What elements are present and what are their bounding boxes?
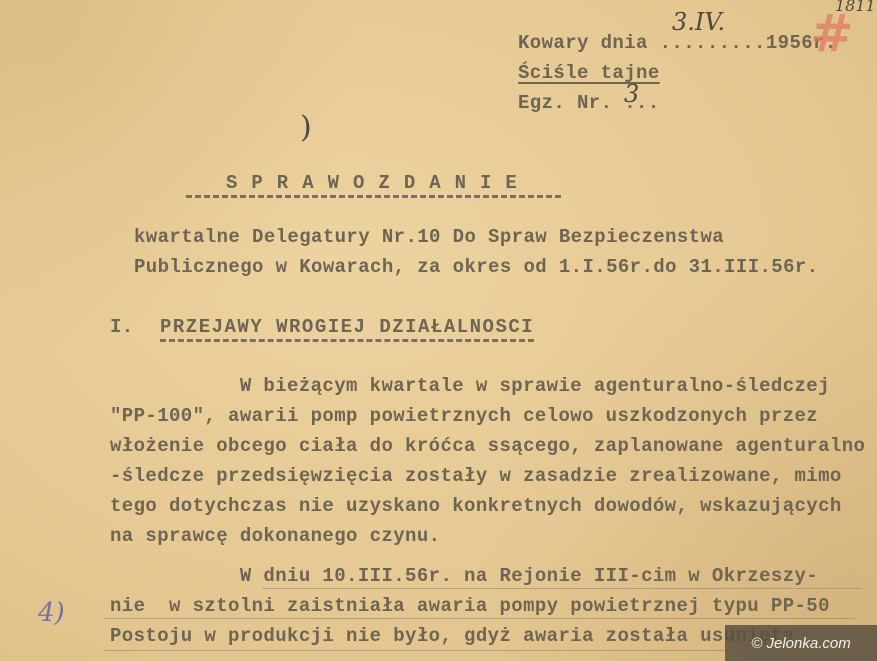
document-title: SPRAWOZDANIE — [186, 172, 561, 198]
pencil-underline — [105, 618, 855, 619]
section-number: I. — [110, 316, 134, 338]
paragraph-2-line-1: W dniu 10.III.56r. na Rejonie III-cim w … — [110, 565, 818, 587]
subtitle-line-2: Publicznego w Kowarach, za okres od 1.I.… — [134, 256, 819, 278]
watermark: © Jelonka.com — [725, 625, 877, 661]
pencil-mark: ) — [300, 110, 312, 145]
paragraph-1-line-5: tego dotychczas nie uzyskano konkretnych… — [110, 495, 842, 517]
handwritten-date: 3.IV. — [672, 8, 725, 36]
pencil-underline — [262, 588, 862, 589]
paragraph-1-line-3: włożenie obcego ciała do króćca ssącego,… — [110, 435, 865, 457]
margin-note: 4) — [38, 598, 65, 628]
section-heading: PRZEJAWY WROGIEJ DZIAŁALNOSCI — [160, 316, 534, 342]
subtitle-line-1: kwartalne Delegatury Nr.10 Do Spraw Bezp… — [134, 226, 724, 248]
paragraph-2-line-2: nie w sztolni zaistniała awaria pompy po… — [110, 595, 830, 617]
red-hash-mark: # — [810, 4, 854, 64]
copy-number-handwritten: 3 — [624, 80, 639, 108]
paragraph-1-line-2: "PP-100", awarii pomp powietrznych celow… — [110, 405, 818, 427]
paragraph-1-line-4: -śledcze przedsięwzięcia zostały w zasad… — [110, 465, 842, 487]
paragraph-1-line-1: W bieżącym kwartale w sprawie agenturaln… — [110, 375, 830, 397]
pencil-underline — [105, 650, 725, 651]
paragraph-1-line-6: na sprawcę dokonanego czynu. — [110, 525, 440, 547]
paragraph-2-line-3: Postoju w produkcji nie było, gdyż awari… — [110, 625, 795, 647]
